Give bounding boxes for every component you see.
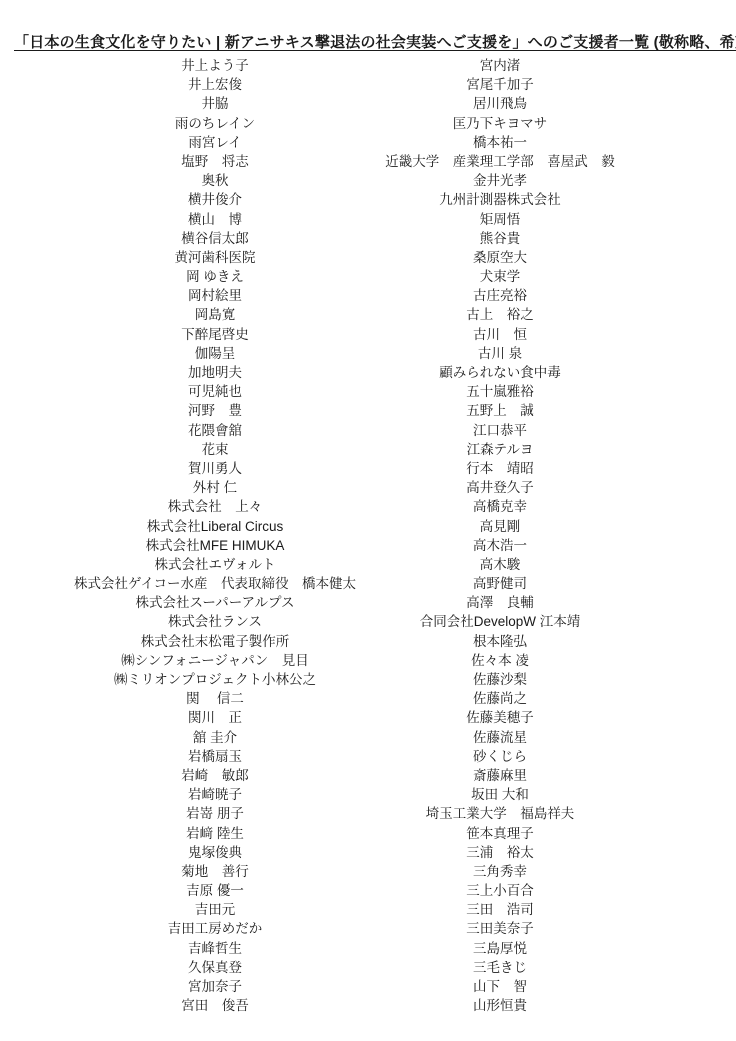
supporter-name: 匡乃下キヨマサ <box>270 114 730 133</box>
supporter-name: 犬束学 <box>270 267 730 286</box>
supporter-name: 三田 浩司 <box>270 900 730 919</box>
supporter-column-right: 宮内渚宮尾千加子居川飛鳥匡乃下キヨマサ橋本祐一近畿大学 産業理工学部 喜屋武 毅… <box>270 56 730 1015</box>
page-title: 「日本の生食文化を守りたい | 新アニサキス撃退法の社会実装へご支援を」へのご支… <box>14 31 726 52</box>
supporter-name: 宮内渚 <box>270 56 730 75</box>
supporter-name: 高井登久子 <box>270 478 730 497</box>
supporter-name: 高見剛 <box>270 517 730 536</box>
supporter-name: 五野上 誠 <box>270 401 730 420</box>
supporter-name: 佐藤沙梨 <box>270 670 730 689</box>
supporter-name: 三島厚悦 <box>270 939 730 958</box>
supporter-name: 江森テルヨ <box>270 440 730 459</box>
supporter-name: 坂田 大和 <box>270 785 730 804</box>
supporter-name: 佐々本 凌 <box>270 651 730 670</box>
supporter-name: 合同会社DevelopW 江本靖 <box>270 612 730 631</box>
supporter-name: 三浦 裕太 <box>270 843 730 862</box>
supporter-name: 砂くじら <box>270 747 730 766</box>
supporter-name: 五十嵐雅裕 <box>270 382 730 401</box>
supporter-name: 桑原空大 <box>270 248 730 267</box>
supporter-name: 根本隆弘 <box>270 632 730 651</box>
supporter-name: 橋本祐一 <box>270 133 730 152</box>
supporter-name: 三上小百合 <box>270 881 730 900</box>
supporter-name: 斎藤麻里 <box>270 766 730 785</box>
supporter-name: 笹本真理子 <box>270 824 730 843</box>
document-page: 「日本の生食文化を守りたい | 新アニサキス撃退法の社会実装へご支援を」へのご支… <box>0 0 736 1041</box>
supporter-name: 江口恭平 <box>270 421 730 440</box>
supporter-name: 高野健司 <box>270 574 730 593</box>
supporter-name: 古川 泉 <box>270 344 730 363</box>
supporter-name: 古上 裕之 <box>270 305 730 324</box>
supporter-name: 金井光孝 <box>270 171 730 190</box>
supporter-name: 高橋克幸 <box>270 497 730 516</box>
supporter-name: 顧みられない食中毒 <box>270 363 730 382</box>
supporter-name: 行本 靖昭 <box>270 459 730 478</box>
supporter-name: 山形恒貴 <box>270 996 730 1015</box>
supporter-name: 三田美奈子 <box>270 919 730 938</box>
supporter-name: 佐藤流星 <box>270 728 730 747</box>
supporter-name: 近畿大学 産業理工学部 喜屋武 毅 <box>270 152 730 171</box>
supporter-name: 九州計測器株式会社 <box>270 190 730 209</box>
supporter-name: 高木浩一 <box>270 536 730 555</box>
supporter-name: 三毛きじ <box>270 958 730 977</box>
supporter-name: 埼玉工業大学 福島祥夫 <box>270 804 730 823</box>
supporter-name: 宮尾千加子 <box>270 75 730 94</box>
supporter-name: 高澤 良輔 <box>270 593 730 612</box>
supporter-name: 古川 恒 <box>270 325 730 344</box>
supporter-name: 佐藤美穂子 <box>270 708 730 727</box>
supporter-name: 古庄亮裕 <box>270 286 730 305</box>
supporter-name: 三角秀幸 <box>270 862 730 881</box>
supporter-name: 熊谷貴 <box>270 229 730 248</box>
supporter-name: 居川飛鳥 <box>270 94 730 113</box>
supporter-name: 高木駿 <box>270 555 730 574</box>
supporter-name: 矩周悟 <box>270 210 730 229</box>
supporter-name: 山下 智 <box>270 977 730 996</box>
supporter-name: 佐藤尚之 <box>270 689 730 708</box>
